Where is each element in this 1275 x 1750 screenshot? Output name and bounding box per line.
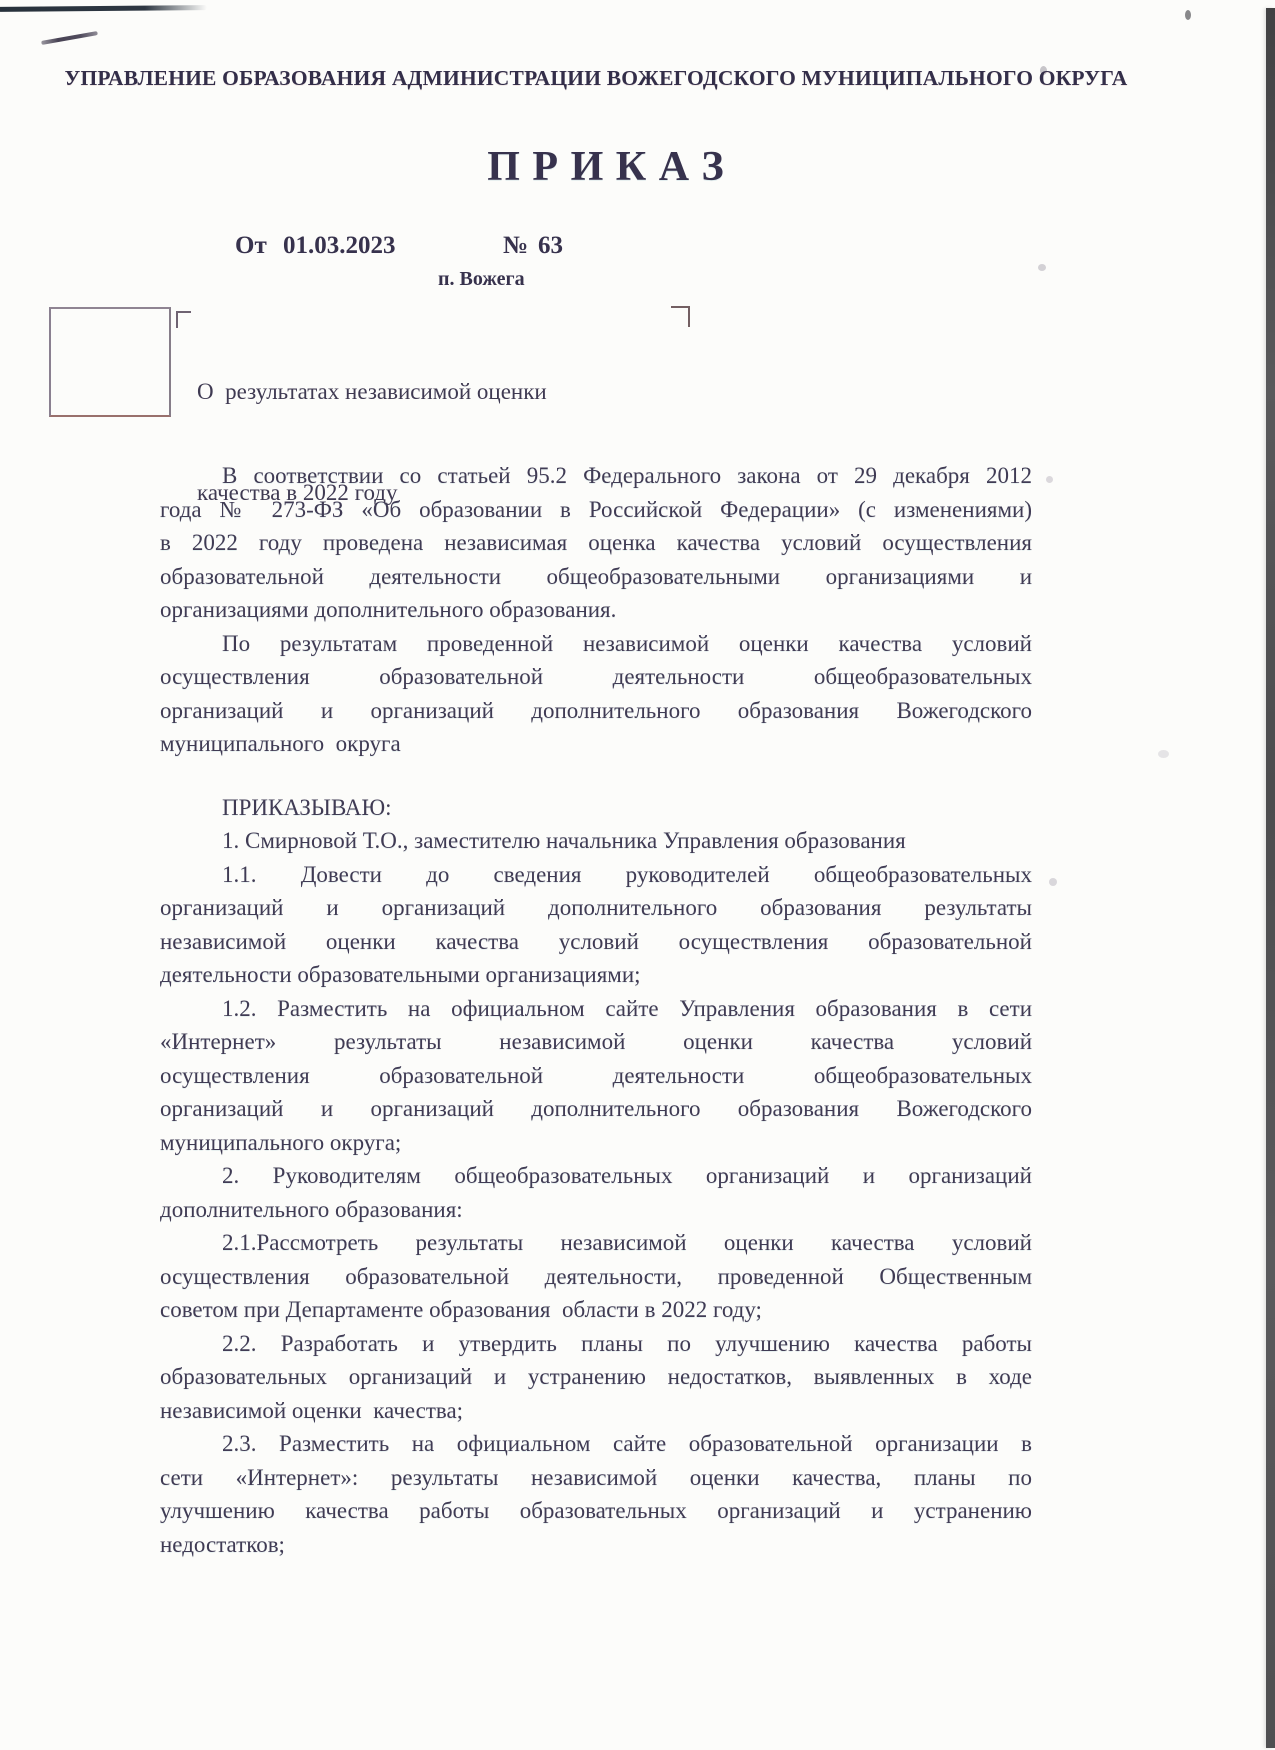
body-text: В соответствии со статьей 95.2 Федеральн… [160, 459, 1032, 1561]
scan-speck [1185, 10, 1191, 20]
body-line: осуществления образовательной деятельнос… [160, 1059, 1032, 1093]
body-line: По результатам проведенной независимой о… [160, 627, 1032, 661]
date-label: От [235, 232, 267, 260]
scan-speck [1038, 264, 1046, 271]
body-line: 1.2. Разместить на официальном сайте Упр… [160, 992, 1032, 1026]
body-line: ПРИКАЗЫВАЮ: [160, 791, 1032, 825]
place-name: п. Вожега [438, 268, 525, 291]
body-line: улучшению качества работы образовательны… [160, 1494, 1032, 1528]
date-and-number-row: От 01.03.2023 № 63 [160, 232, 1032, 266]
scanned-order-document: УПРАВЛЕНИЕ ОБРАЗОВАНИЯ АДМИНИСТРАЦИИ ВОЖ… [0, 0, 1275, 1750]
document-title: П Р И К А З [0, 143, 1212, 191]
subject-line: О результатах независимой оценки [197, 375, 547, 409]
pen-stroke-mark [41, 31, 98, 45]
body-line: организаций и организаций дополнительног… [160, 694, 1032, 728]
body-line: муниципального округа; [160, 1126, 1032, 1160]
number-label: № [503, 232, 528, 260]
body-line: дополнительного образования: [160, 1193, 1032, 1227]
body-line: 1.1. Довести до сведения руководителей о… [160, 858, 1032, 892]
scan-speck [1158, 750, 1169, 758]
body-line: «Интернет» результаты независимой оценки… [160, 1025, 1032, 1059]
body-line: года № 273-ФЗ «Об образовании в Российск… [160, 493, 1032, 527]
body-line: деятельности образовательными организаци… [160, 958, 1032, 992]
body-line: осуществления образовательной деятельнос… [160, 660, 1032, 694]
scan-speck [1049, 878, 1057, 886]
corner-mark-left-icon [176, 311, 191, 328]
body-line: независимой оценки качества условий осущ… [160, 925, 1032, 959]
body-line: осуществления образовательной деятельнос… [160, 1260, 1032, 1294]
body-line: образовательных организаций и устранению… [160, 1360, 1032, 1394]
body-line: 2.3. Разместить на официальном сайте обр… [160, 1427, 1032, 1461]
body-line: недостатков; [160, 1528, 1032, 1562]
scan-artifact-right-band [1266, 8, 1275, 1748]
body-line: муниципального округа [160, 727, 1032, 761]
body-line: организациями дополнительного образовани… [160, 593, 1032, 627]
body-line: 2.2. Разработать и утвердить планы по ул… [160, 1327, 1032, 1361]
body-line: образовательной деятельности общеобразов… [160, 560, 1032, 594]
number-value: 63 [538, 232, 563, 260]
corner-mark-right-icon [671, 306, 690, 327]
body-line: организаций и организаций дополнительног… [160, 1092, 1032, 1126]
empty-stamp-box [49, 307, 171, 417]
body-line: организаций и организаций дополнительног… [160, 891, 1032, 925]
body-line: 2.1.Рассмотреть результаты независимой о… [160, 1226, 1032, 1260]
body-line: 2. Руководителям общеобразовательных орг… [160, 1159, 1032, 1193]
date-value: 01.03.2023 [283, 232, 396, 260]
body-line: советом при Департаменте образования обл… [160, 1293, 1032, 1327]
organization-header: УПРАВЛЕНИЕ ОБРАЗОВАНИЯ АДМИНИСТРАЦИИ ВОЖ… [0, 66, 1192, 91]
body-line: независимой оценки качества; [160, 1394, 1032, 1428]
scan-artifact-top-line [0, 5, 207, 12]
body-line: 1. Смирновой Т.О., заместителю начальник… [160, 824, 1032, 858]
body-line: в 2022 году проведена независимая оценка… [160, 526, 1032, 560]
scan-speck [1046, 476, 1053, 483]
body-line: сети «Интернет»: результаты независимой … [160, 1461, 1032, 1495]
body-line: В соответствии со статьей 95.2 Федеральн… [160, 459, 1032, 493]
